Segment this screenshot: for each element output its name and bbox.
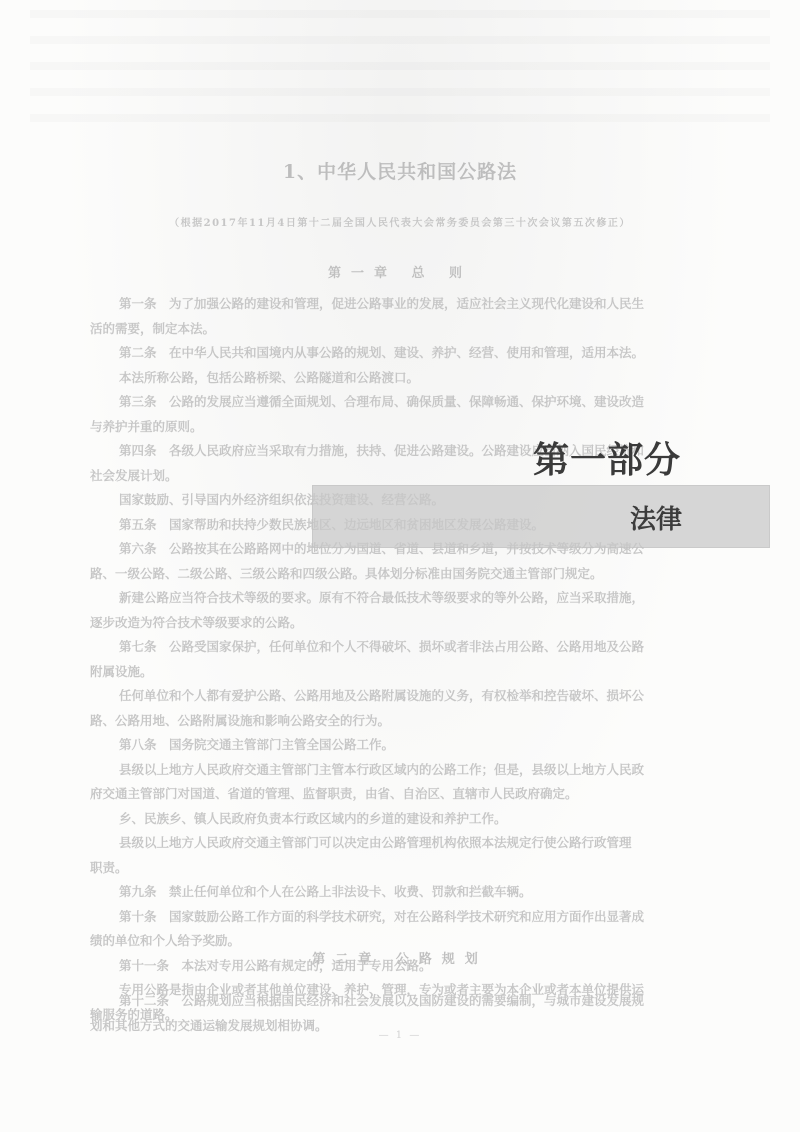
part-heading: 第一部分 bbox=[533, 432, 681, 483]
document-page: 1、中华人民共和国公路法 （根据2017年11月4日第十二届全国人民代表大会常务… bbox=[0, 0, 800, 1132]
article-paragraph: 路、一级公路、二级公路、三级公路和四级公路。具体划分标准由国务院交通主管部门规定… bbox=[90, 562, 714, 587]
document-subtitle: （根据2017年11月4日第十二届全国人民代表大会常务委员会第三十次会议第五次修… bbox=[100, 214, 700, 229]
article-paragraph: 乡、民族乡、镇人民政府负责本行政区域内的乡道的建设和养护工作。 bbox=[94, 807, 714, 832]
article-paragraph: 第二条 在中华人民共和国境内从事公路的规划、建设、养护、经营、使用和管理，适用本… bbox=[94, 341, 714, 366]
article-paragraph: 任何单位和个人都有爱护公路、公路用地及公路附属设施的义务，有权检举和控告破坏、损… bbox=[94, 684, 714, 709]
document-title: 1、中华人民共和国公路法 bbox=[0, 157, 800, 184]
article-paragraph: 县级以上地方人民政府交通主管部门可以决定由公路管理机构依照本法规定行使公路行政管… bbox=[94, 831, 714, 856]
page-number: — 1 — bbox=[0, 1030, 800, 1041]
article-paragraph: 府交通主管部门对国道、省道的管理、监督职责，由省、自治区、直辖市人民政府确定。 bbox=[90, 782, 714, 807]
chapter-1-body: 第一条 为了加强公路的建设和管理，促进公路事业的发展，适应社会主义现代化建设和人… bbox=[94, 292, 714, 1027]
article-paragraph: 职责。 bbox=[90, 856, 714, 881]
article-paragraph: 第十二条 公路规划应当根据国民经济和社会发展以及国防建设的需要编制，与城市建设发… bbox=[94, 989, 714, 1014]
article-paragraph: 第一条 为了加强公路的建设和管理，促进公路事业的发展，适应社会主义现代化建设和人… bbox=[94, 292, 714, 317]
section-band-label: 法律 bbox=[630, 499, 682, 536]
article-paragraph: 新建公路应当符合技术等级的要求。原有不符合最低技术等级要求的等外公路，应当采取措… bbox=[94, 586, 714, 611]
article-paragraph: 附属设施。 bbox=[90, 660, 714, 685]
article-paragraph: 路、公路用地、公路附属设施和影响公路安全的行为。 bbox=[90, 709, 714, 734]
article-paragraph: 本法所称公路，包括公路桥梁、公路隧道和公路渡口。 bbox=[94, 366, 714, 391]
article-paragraph: 活的需要，制定本法。 bbox=[90, 317, 714, 342]
bleed-through-text bbox=[30, 10, 770, 130]
article-paragraph: 第十条 国家鼓励公路工作方面的科学技术研究，对在公路科学技术研究和应用方面作出显… bbox=[94, 905, 714, 930]
article-paragraph: 第七条 公路受国家保护，任何单位和个人不得破坏、损坏或者非法占用公路、公路用地及… bbox=[94, 635, 714, 660]
article-paragraph: 第八条 国务院交通主管部门主管全国公路工作。 bbox=[94, 733, 714, 758]
article-paragraph: 逐步改造为符合技术等级要求的公路。 bbox=[90, 611, 714, 636]
article-paragraph: 第三条 公路的发展应当遵循全面规划、合理布局、确保质量、保障畅通、保护环境、建设… bbox=[94, 390, 714, 415]
section-band: 法律 bbox=[312, 485, 770, 548]
article-paragraph: 县级以上地方人民政府交通主管部门主管本行政区域内的公路工作；但是，县级以上地方人… bbox=[94, 758, 714, 783]
chapter-heading-1: 第一章 总 则 bbox=[0, 262, 800, 281]
chapter-heading-2: 第二章 公路规划 bbox=[0, 948, 800, 967]
article-paragraph: 第九条 禁止任何单位和个人在公路上非法设卡、收费、罚款和拦截车辆。 bbox=[94, 880, 714, 905]
